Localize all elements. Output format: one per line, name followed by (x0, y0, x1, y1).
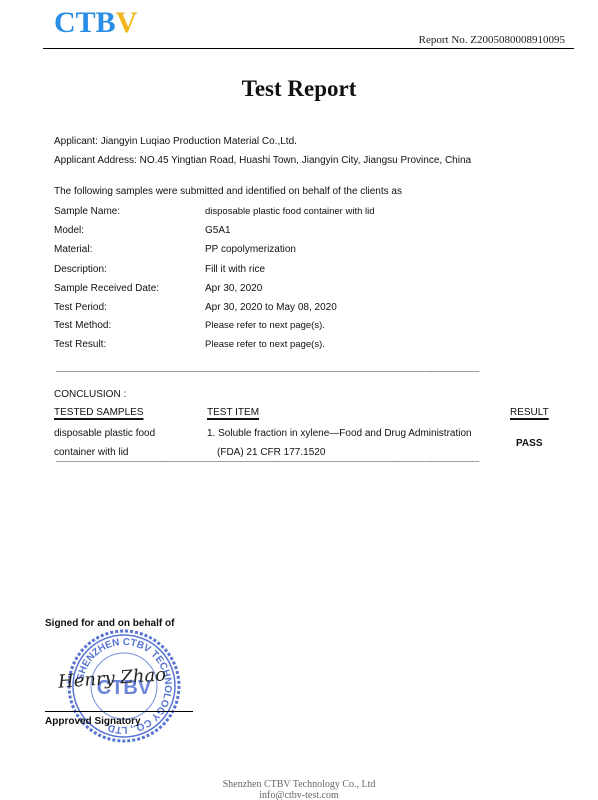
field-value: PP copolymerization (205, 244, 296, 255)
field-value: disposable plastic food container with l… (205, 206, 375, 217)
field-value: Apr 30, 2020 to May 08, 2020 (205, 302, 337, 313)
field-value: Please refer to next page(s). (205, 320, 325, 331)
field-label: Description: (54, 264, 107, 275)
field-value: Apr 30, 2020 (205, 283, 262, 294)
column-header-tested-samples: TESTED SAMPLES (54, 407, 143, 418)
asterisk-divider-bottom: ****************************************… (56, 461, 570, 465)
field-label: Sample Name: (54, 206, 120, 217)
logo-accent-text: V (116, 6, 138, 39)
field-value: Please refer to next page(s). (205, 339, 325, 350)
tested-sample-line2: container with lid (54, 447, 128, 458)
footer-company: Shenzhen CTBV Technology Co., Ltd (0, 779, 598, 790)
signature-line (45, 711, 193, 712)
header-divider (43, 48, 574, 49)
field-label: Model: (54, 225, 84, 236)
ctbv-logo: CTBV (54, 6, 137, 40)
footer-email[interactable]: info@ctbv-test.com (0, 790, 598, 800)
field-label: Test Result: (54, 339, 106, 350)
test-item-line2: (FDA) 21 CFR 177.1520 (217, 447, 325, 458)
report-number: Report No. Z2005080008910095 (419, 34, 565, 46)
field-value: Fill it with rice (205, 264, 265, 275)
column-header-result: RESULT (510, 407, 549, 418)
result-badge: PASS (516, 438, 543, 449)
conclusion-heading: CONCLUSION : (54, 389, 126, 400)
field-label: Material: (54, 244, 92, 255)
page-title: Test Report (0, 76, 598, 102)
field-label: Sample Received Date: (54, 283, 159, 294)
field-value: G5A1 (205, 225, 231, 236)
field-label: Test Method: (54, 320, 111, 331)
test-item-line1: 1. Soluble fraction in xylene—Food and D… (207, 428, 472, 439)
tested-sample-line1: disposable plastic food (54, 428, 155, 439)
approved-signatory-label: Approved Signatory (45, 716, 141, 727)
logo-main-text: CTB (54, 6, 116, 39)
field-label: Test Period: (54, 302, 107, 313)
applicant-name: Applicant: Jiangyin Luqiao Production Ma… (54, 136, 297, 147)
intro-text: The following samples were submitted and… (54, 186, 402, 197)
applicant-address: Applicant Address: NO.45 Yingtian Road, … (54, 155, 471, 166)
column-header-test-item: TEST ITEM (207, 407, 259, 418)
asterisk-divider-top: ****************************************… (56, 371, 570, 375)
